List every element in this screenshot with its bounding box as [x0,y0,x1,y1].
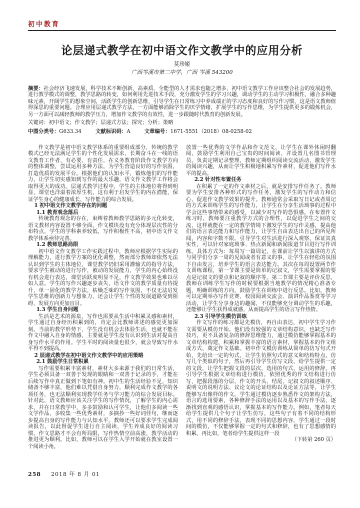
meta-doc-code: 文献标识码：A [95,129,130,135]
paper-page: 初中教育 论层递式教学在初中语文作文教学中的应用分析 莫珍姬 广西岑溪市第二中学… [0,0,360,508]
right-column: 放置一些优秀的文学作品和作文范文，让学生在课外休闲时翻阅，鼓励学生利用自己宝贵的… [186,145,336,451]
meta-clc: 中图分类号：G633.34 [28,129,81,135]
meta-line: 中图分类号：G633.34 文献标识码：A 文章编号：1671-5551（201… [28,129,336,135]
keywords-label: 关键词： [28,120,49,126]
left-column: 作文教学是初中语文教学体系的重要组成部分，传统的教学模式已经无法满足学生的个性化… [28,145,178,451]
paragraph-2-3: 作文写作的练习都是先模仿，再自由表达，初中学生学习作文需要从模仿开始。他们没有较… [186,320,336,437]
meta-article-id: 文章编号：1671-5551（2018）08-0258-02 [144,129,252,135]
paragraph-2-2: 在积累了一定的作文素材之后，就是安排写作任务了。教师要为学生安排各种形式的写作任… [186,184,336,314]
author-name: 莫珍姬 [28,62,336,69]
intro-paragraph: 作文教学是初中语文教学体系的重要组成部分，传统的教学模式已经无法满足学生的个性化… [28,145,178,204]
abstract-text: 社会经济飞速发展，科学技术不断创新，高素质、全能型的人才需求也随之增多，初中语文… [28,86,336,118]
paragraph-1-2: 初中语文作文教学工作实践过程中，教师应根据学生实际的理解能力，进行教学方案的优化… [28,249,178,308]
paragraph-2-1-continued: 放置一些优秀的文学作品和作文范文，让学生在课外休闲时翻阅，鼓励学生利用自己宝贵的… [186,145,336,178]
header-divider [28,30,336,31]
page-number: 258 [28,472,41,478]
paragraph-2-1: 写作需要积累丰富素材，素材大多来源于我们的日常生活，学生必须具备一双善于发现的眼… [28,366,178,451]
continuation-note: （下转第 260 页） [186,437,336,444]
keywords-text: 初中语文；作文教学；层递式方法；探究；分析；策略 [49,120,174,126]
article-body: 作文教学是初中语文教学体系的重要组成部分，传统的教学模式已经无法满足学生的个性化… [28,145,336,451]
page-footer: 2582018 年 8 月 01 [28,470,100,478]
journal-section-label: 初中教育 [28,20,336,28]
author-affiliation: 广西岑溪市第二中学，广西 岑溪 543200 [28,70,336,77]
keywords-block: 关键词：初中语文；作文教学；层递式方法；探究；分析；策略 [28,120,336,126]
paragraph-1-1: 传统教育观念的存在，束缚着教师教学思路的多元化转变，语文教材内容设置不够全面，作… [28,216,178,242]
page-title: 论层递式教学在初中语文作文教学中的应用分析 [28,44,336,57]
abstract-block: 摘要：社会经济飞速发展，科学技术不断创新，高素质、全能型的人才需求也随之增多，初… [28,86,336,118]
paragraph-1-3: 生活是艺术的源泉，写作也需要从生活中积累灵感和素材，学生通过自身经历积累到的，肯… [28,314,178,353]
issue-info: 2018 年 8 月 01 [51,472,100,478]
